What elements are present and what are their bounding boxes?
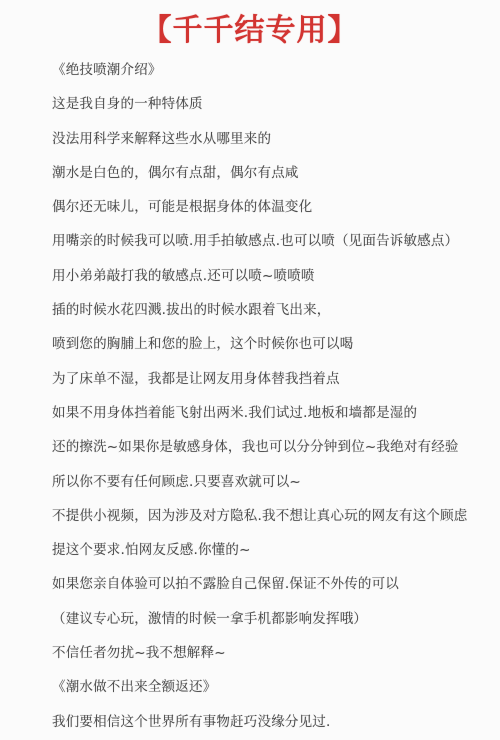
text-body: 《绝技喷潮介绍》 这是我自身的一种特体质 没法用科学来解释这些水从哪里来的 潮水… [0, 53, 500, 739]
text-line: （建议专心玩，激情的时候一拿手机都影响发挥哦） [52, 602, 480, 636]
text-line: 偶尔还无味儿，可能是根据身体的体温变化 [52, 190, 480, 224]
text-line: 还的擦洗~如果你是敏感身体，我也可以分分钟到位~我绝对有经验 [52, 430, 480, 464]
text-line: 这是我自身的一种特体质 [52, 87, 480, 121]
text-line: 不信任者勿扰~我不想解释~ [52, 636, 480, 670]
page-title: 【千千结专用】 [0, 0, 500, 49]
text-line: 为了床单不湿，我都是让网友用身体替我挡着点 [52, 362, 480, 396]
text-line: 我们要相信这个世界所有事物赶巧没缘分见过. [52, 705, 480, 739]
text-line: 用小弟弟敲打我的敏感点.还可以喷~喷喷喷 [52, 259, 480, 293]
text-line: 潮水是白色的，偶尔有点甜，偶尔有点咸 [52, 156, 480, 190]
text-line: 《绝技喷潮介绍》 [52, 53, 480, 87]
text-line: 《潮水做不出来全额返还》 [52, 670, 480, 704]
text-line: 如果不用身体挡着能飞射出两米.我们试过.地板和墙都是湿的 [52, 396, 480, 430]
text-line: 喷到您的胸脯上和您的脸上，这个时候你也可以喝 [52, 327, 480, 361]
text-line: 所以你不要有任何顾虑.只要喜欢就可以~ [52, 465, 480, 499]
text-line: 没法用科学来解释这些水从哪里来的 [52, 122, 480, 156]
text-line: 插的时候水花四溅.拔出的时候水跟着飞出来， [52, 293, 480, 327]
text-line: 如果您亲自体验可以拍不露脸自己保留.保证不外传的可以 [52, 567, 480, 601]
document-page: 【千千结专用】 《绝技喷潮介绍》 这是我自身的一种特体质 没法用科学来解释这些水… [0, 0, 500, 740]
text-line: 提这个要求.怕网友反感.你懂的~ [52, 533, 480, 567]
text-line: 不提供小视频，因为涉及对方隐私.我不想让真心玩的网友有这个顾虑 [52, 499, 480, 533]
text-line: 用嘴亲的时候我可以喷.用手拍敏感点.也可以喷（见面告诉敏感点） [52, 224, 480, 258]
